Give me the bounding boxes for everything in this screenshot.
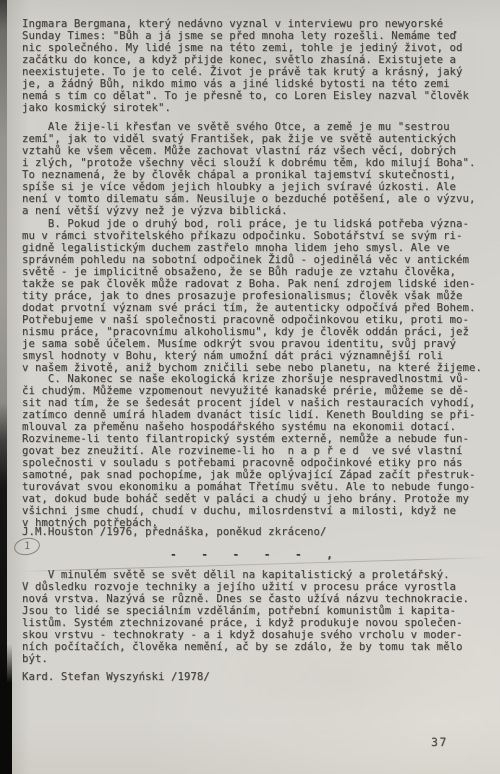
handwritten-circled-number: 1 [13,536,42,557]
paragraph-bergman-quote: Ingmara Bergmana, který nedávno vyznal v… [22,18,469,114]
margin-note-digit: 1 [24,541,31,551]
paragraph-technocracy: V minulém světě se svět dělil na kapital… [22,569,469,665]
paragraph-c-ecological-crisis: C. Nakonec se naše ekologická krize zhor… [22,373,475,529]
paragraph-christian-world: Ale žije-li křesťan ve světě svého Otce,… [22,121,475,217]
scan-edge-shadow-bottom [0,644,12,774]
scanned-document-page: Ingmara Bergmana, který nedávno vyznal v… [0,0,500,774]
paragraph-b-role-of-work: B. Pokud jde o druhý bod, roli práce, je… [22,218,482,374]
page-number: 37 [431,735,448,749]
attribution-wyszynski: Kard. Stefan Wyszyński /1978/ [22,671,210,683]
dashed-separator: - - - - - , [170,548,334,561]
attribution-houston: J.M.Houston /1976, přednáška, poněkud zk… [22,526,326,538]
